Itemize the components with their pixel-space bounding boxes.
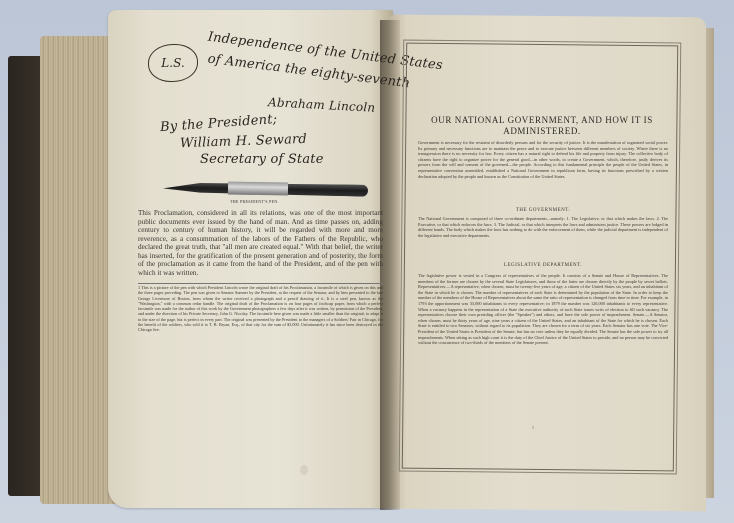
page-stain <box>300 465 308 475</box>
book-photo: L.S. Independence of the United States o… <box>0 0 734 523</box>
page-border-frame <box>402 43 678 472</box>
pen-band <box>228 181 288 195</box>
left-footnote: 1 This is a picture of the pen with whic… <box>138 285 383 333</box>
intro-text: Government is necessary for the restrain… <box>418 140 668 179</box>
seal-icon: L.S. <box>148 44 198 82</box>
left-body-text: This Proclamation, considered in all its… <box>138 209 383 277</box>
section-government-text: The National Government is composed of t… <box>418 216 668 238</box>
handwriting-line-6: Secretary of State <box>200 152 324 167</box>
footnote-rule <box>138 283 383 284</box>
section-heading-government: THE GOVERNMENT. <box>418 208 668 213</box>
chapter-title-line-2: ADMINISTERED. <box>418 126 666 137</box>
pen-caption: THE PRESIDENT'S PEN. <box>230 199 279 204</box>
section-heading-legislative: LEGISLATIVE DEPARTMENT. <box>418 263 668 268</box>
page-number: 1 <box>532 425 534 430</box>
section-legislative-text: The legislative power is vested in a Con… <box>418 273 668 346</box>
chapter-title-line-1: OUR NATIONAL GOVERNMENT, AND HOW IT IS <box>418 115 666 126</box>
gutter-shadow <box>380 20 400 510</box>
seal-text: L.S. <box>161 56 184 70</box>
chapter-title: OUR NATIONAL GOVERNMENT, AND HOW IT IS A… <box>418 115 666 137</box>
